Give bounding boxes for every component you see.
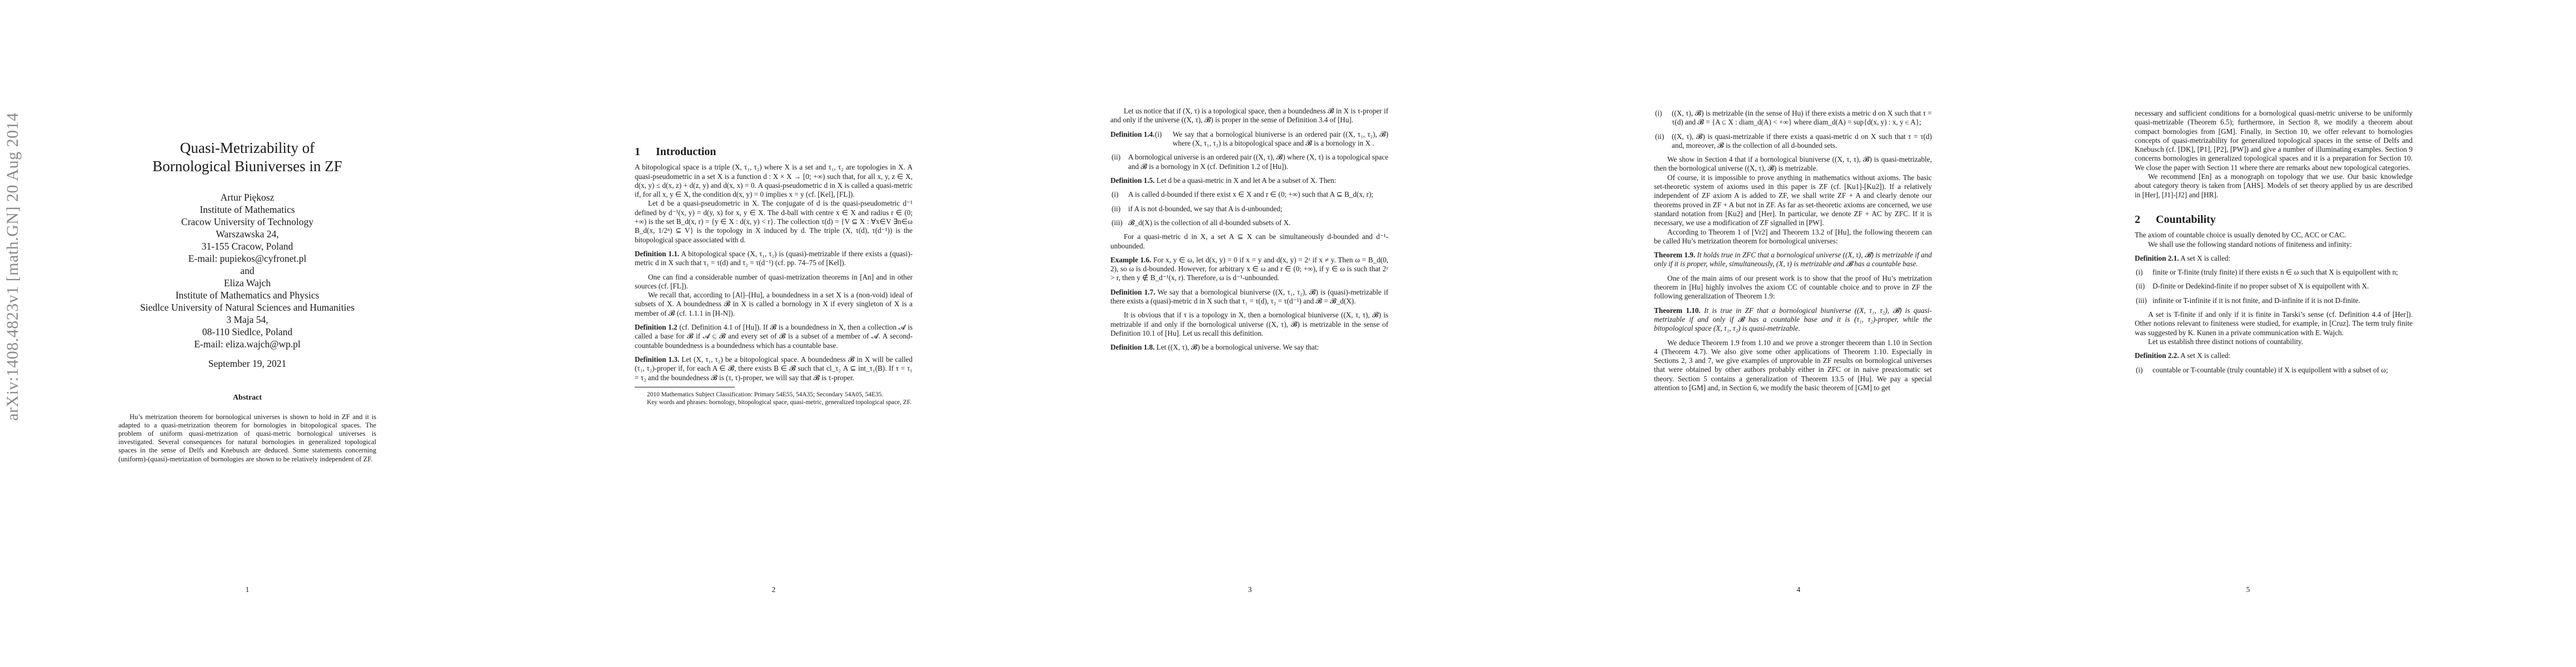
author-block: Artur Piękosz Institute of Mathematics C…	[83, 191, 411, 350]
author-line: Artur Piękosz	[83, 191, 411, 203]
page-number: 2	[765, 585, 782, 594]
section-heading-countability: 2Countability	[2135, 215, 2413, 224]
definition-item: (ii)if A is not d-bounded, we say that A…	[1110, 205, 1388, 213]
definition-1-5: Definition 1.5. Let d be a quasi-metric …	[1110, 176, 1388, 185]
body-paragraph: Let us notice that if (X, τ) is a topolo…	[1110, 107, 1388, 125]
page-4-body: (i)((X, τ), 𝓑) is metrizable (in the sen…	[1654, 109, 1932, 392]
author-email: E-mail: eliza.wajch@wp.pl	[83, 338, 411, 350]
definition-item: (i)finite or T-finite (truly finite) if …	[2135, 268, 2413, 277]
page-3-body: Let us notice that if (X, τ) is a topolo…	[1110, 107, 1388, 352]
paper-title-line-2: Bornological Biuniverses in ZF	[83, 157, 411, 176]
paper-title-line-1: Quasi-Metrizability of	[83, 139, 411, 157]
page-1: arXiv:1408.4823v1 [math.GN] 20 Aug 2014 …	[0, 0, 515, 667]
footnote-rule	[635, 387, 735, 387]
definition-1-1: Definition 1.1. A bitopological space (X…	[635, 250, 913, 268]
author-line: Cracow University of Technology	[83, 216, 411, 228]
abstract-text: Hu’s metrization theorem for bornologica…	[118, 413, 376, 464]
body-paragraph: Of course, it is impossible to prove any…	[1654, 173, 1932, 228]
definition-2-2: Definition 2.2. A set X is called:	[2135, 351, 2413, 360]
author-line: Siedlce University of Natural Sciences a…	[83, 301, 411, 313]
footnotes: 2010 Mathematics Subject Classification:…	[635, 391, 913, 406]
page-number: 4	[1790, 585, 1807, 594]
author-line: 3 Maja 54,	[83, 313, 411, 326]
author-line: and	[83, 265, 411, 277]
author-line: 31-155 Cracow, Poland	[83, 240, 411, 252]
body-paragraph: One of the main aims of our present work…	[1654, 274, 1932, 301]
definition-item: (ii)A bornological universe is an ordere…	[1110, 153, 1388, 171]
body-paragraph: According to Theorem 1 of [Vr2] and Theo…	[1654, 228, 1932, 246]
page-number: 3	[1242, 585, 1258, 594]
body-paragraph: It is obvious that if τ is a topology in…	[1110, 311, 1388, 338]
definition-item: (i)countable or T-countable (truly count…	[2135, 366, 2413, 375]
page-3: Let us notice that if (X, τ) is a topolo…	[1030, 0, 1546, 667]
intro-paragraph: A bitopological space is a triple (X, τ₁…	[635, 163, 913, 199]
body-paragraph: We deduce Theorem 1.9 from 1.10 and we p…	[1654, 339, 1932, 393]
footnote-msc: 2010 Mathematics Subject Classification:…	[635, 391, 913, 399]
definition-item: (i)((X, τ), 𝓑) is metrizable (in the sen…	[1654, 109, 1932, 127]
example-1-6: Example 1.6. For x, y ∈ ω, let d(x, y) =…	[1110, 256, 1388, 283]
author-line: 08-110 Siedlce, Poland	[83, 326, 411, 338]
abstract-heading: Abstract	[83, 394, 411, 402]
page-2: 1Introduction A bitopological space is a…	[515, 0, 1030, 667]
definition-1-2: Definition 1.2 (cf. Definition 4.1 of [H…	[635, 323, 913, 350]
author-line: Eliza Wajch	[83, 277, 411, 289]
body-paragraph: We recall that, according to [Al]–[Hu], …	[635, 291, 913, 318]
definition-1-7: Definition 1.7. We say that a bornologic…	[1110, 288, 1388, 306]
author-email: E-mail: pupiekos@cyfronet.pl	[83, 252, 411, 265]
page-5: necessary and sufficient conditions for …	[2061, 0, 2576, 667]
definition-item: (ii)D-finite or Dedekind-finite if no pr…	[2135, 282, 2413, 291]
page-5-body: necessary and sufficient conditions for …	[2135, 109, 2413, 375]
body-paragraph: We recommend [En] as a monograph on topo…	[2135, 172, 2413, 200]
title-block: Quasi-Metrizability of Bornological Biun…	[83, 139, 411, 464]
body-paragraph: For a quasi-metric d in X, a set A ⊆ X c…	[1110, 232, 1388, 251]
definition-item: (ii)((X, τ), 𝓑) is quasi-metrizable if t…	[1654, 132, 1932, 151]
page-number: 1	[239, 585, 256, 594]
page-number: 5	[2240, 585, 2256, 594]
body-paragraph: Let us establish three distinct notions …	[2135, 337, 2413, 346]
paper-date: September 19, 2021	[83, 359, 411, 368]
definition-item: (i)We say that a bornological biuniverse…	[1110, 130, 1388, 148]
theorem-1-9: Theorem 1.9. It holds true in ZFC that a…	[1654, 251, 1932, 269]
definition-2-1: Definition 2.1. A set X is called:	[2135, 254, 2413, 263]
definition-item: (iii)infinite or T-infinite if it is not…	[2135, 296, 2413, 305]
definition-item: (iii)𝓑_d(X) is the collection of all d-b…	[1110, 218, 1388, 227]
author-line: Institute of Mathematics and Physics	[83, 289, 411, 301]
page-2-body: 1Introduction A bitopological space is a…	[635, 147, 913, 406]
definition-1-8: Definition 1.8. Let ((X, τ), 𝓑) be a bor…	[1110, 343, 1388, 352]
arxiv-stamp: arXiv:1408.4823v1 [math.GN] 20 Aug 2014	[3, 100, 26, 434]
definition-1-3: Definition 1.3. Let (X, τ₁, τ₂) be a bit…	[635, 355, 913, 382]
definition-item: (i)A is called d-bounded if there exist …	[1110, 190, 1388, 199]
body-paragraph: We shall use the following standard noti…	[2135, 240, 2413, 249]
page-4: (i)((X, τ), 𝓑) is metrizable (in the sen…	[1546, 0, 2061, 667]
author-line: Warszawska 24,	[83, 228, 411, 240]
body-paragraph: We show in Section 4 that if a bornologi…	[1654, 155, 1932, 173]
author-line: Institute of Mathematics	[83, 203, 411, 216]
section-heading-introduction: 1Introduction	[635, 147, 913, 156]
body-paragraph: A set is T-finite if and only if it is f…	[2135, 310, 2413, 337]
intro-paragraph: Let d be a quasi-pseudometric in X. The …	[635, 199, 913, 244]
theorem-1-10: Theorem 1.10. It is true in ZF that a bo…	[1654, 306, 1932, 333]
body-paragraph: One can find a considerable number of qu…	[635, 273, 913, 291]
body-paragraph: necessary and sufficient conditions for …	[2135, 109, 2413, 172]
body-paragraph: The axiom of countable choice is usually…	[2135, 231, 2413, 240]
footnote-keywords: Key words and phrases: bornology, bitopo…	[635, 399, 913, 406]
